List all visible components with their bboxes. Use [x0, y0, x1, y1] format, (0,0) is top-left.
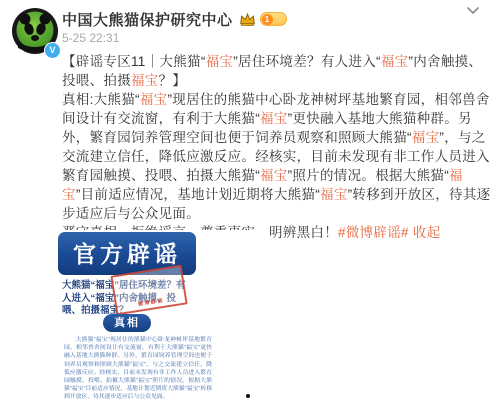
attached-image[interactable]: 官方辟谣 大熊猫“福宝”居住环境差？有人进入“福宝”内舍触摸、投喂、拍摄福宝？ … — [57, 230, 267, 406]
avatar[interactable]: V — [12, 8, 58, 54]
fubao-link[interactable]: 福宝 — [260, 168, 288, 183]
chevron-down-icon[interactable] — [462, 2, 484, 20]
hashtag-link[interactable]: #微博辟谣# — [338, 225, 409, 240]
fubao-link[interactable]: 福宝 — [206, 54, 234, 69]
fubao-link[interactable]: 福宝 — [140, 92, 168, 107]
author-row: 中国大熊猫保护研究中心 1 — [62, 9, 287, 29]
author-name[interactable]: 中国大熊猫保护研究中心 — [62, 9, 233, 30]
truth-label: 真相 — [103, 314, 151, 332]
vip-badge: 1 — [260, 12, 287, 26]
collapse-link[interactable]: 收起 — [413, 225, 441, 240]
fubao-link[interactable]: 福宝 — [260, 111, 288, 126]
truth-paragraph: 大熊猫“福宝”现居住的熊猫中心卧龙神树坪基地繁育园，相邻兽舍间设计有交流窗，有利… — [64, 336, 212, 402]
vip-level: 1 — [262, 14, 273, 25]
weibo-post: V 中国大熊猫保护研究中心 1 5-25 22:31 【辟谣专区11｜大熊猫“福… — [0, 0, 500, 406]
post-text: 【辟谣专区11｜大熊猫“福宝”居住环境差？有人进入“福宝”内舍触摸、投喂、拍摄福… — [62, 52, 495, 242]
fubao-link[interactable]: 福宝 — [131, 73, 159, 88]
fubao-link[interactable]: 福宝 — [381, 54, 409, 69]
verified-v-badge: V — [44, 42, 61, 59]
fubao-link[interactable]: 福宝 — [412, 130, 440, 145]
fubao-link[interactable]: 福宝 — [320, 187, 348, 202]
crown-icon — [239, 12, 256, 27]
timestamp: 5-25 22:31 — [62, 31, 119, 45]
indicator-dot — [246, 394, 250, 398]
